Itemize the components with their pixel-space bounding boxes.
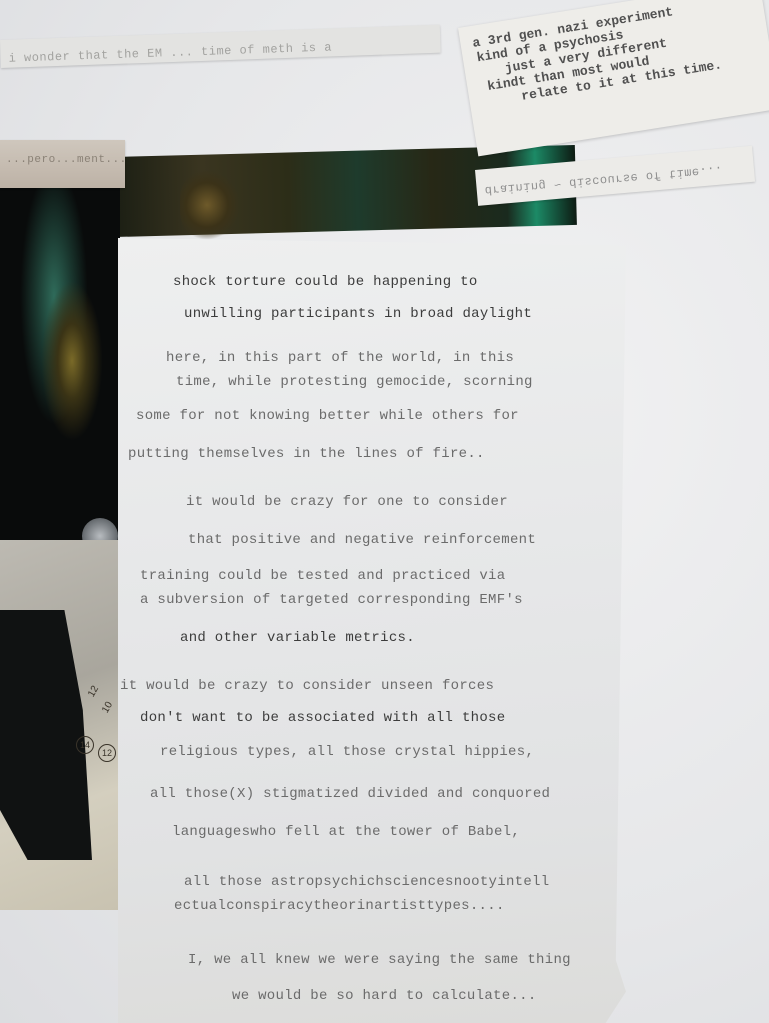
letter-line: we would be so hard to calculate... — [232, 988, 537, 1004]
letter-line: here, in this part of the world, in this — [166, 350, 514, 366]
letter-line: don't want to be associated with all tho… — [140, 710, 505, 726]
pattern-number: 12 — [86, 684, 101, 699]
letter-line: unwilling participants in broad daylight — [184, 306, 532, 322]
letter-line: a subversion of targeted corresponding E… — [140, 592, 523, 608]
photo-face — [180, 170, 240, 240]
letter-line: I, we all knew we were saying the same t… — [188, 952, 571, 968]
letter-line: some for not knowing better while others… — [136, 408, 519, 424]
photo-left-panel — [0, 188, 120, 548]
letter-line: it would be crazy for one to consider — [186, 494, 508, 510]
pattern-number: 10 — [100, 700, 115, 715]
letter-line: it would be crazy to consider unseen for… — [120, 678, 494, 694]
pattern-markings: 12 10 14 12 — [76, 680, 120, 790]
letter-line: shock torture could be happening to — [173, 274, 478, 290]
letter-line: ectualconspiracytheorinartisttypes.... — [174, 898, 505, 914]
pattern-circle-number: 14 — [76, 736, 94, 754]
typewritten-letter: shock torture could be happening to unwi… — [118, 238, 626, 1023]
letter-line: and other variable metrics. — [180, 630, 415, 646]
tan-paper-strip: ...pero...ment... — [0, 140, 125, 188]
strip-text: ...pero...ment... — [6, 154, 127, 166]
letter-line: time, while protesting gemocide, scornin… — [176, 374, 533, 390]
letter-line: that positive and negative reinforcement — [188, 532, 536, 548]
letter-line: religious types, all those crystal hippi… — [160, 744, 534, 760]
letter-line: all those(X) stigmatized divided and con… — [150, 786, 550, 802]
letter-line: training could be tested and practiced v… — [140, 568, 505, 584]
pattern-circle-number: 12 — [98, 744, 116, 762]
letter-line: putting themselves in the lines of fire.… — [128, 446, 485, 462]
letter-line: languageswho fell at the tower of Babel, — [172, 824, 520, 840]
letter-line: all those astropsychichsciencesnootyinte… — [184, 874, 549, 890]
